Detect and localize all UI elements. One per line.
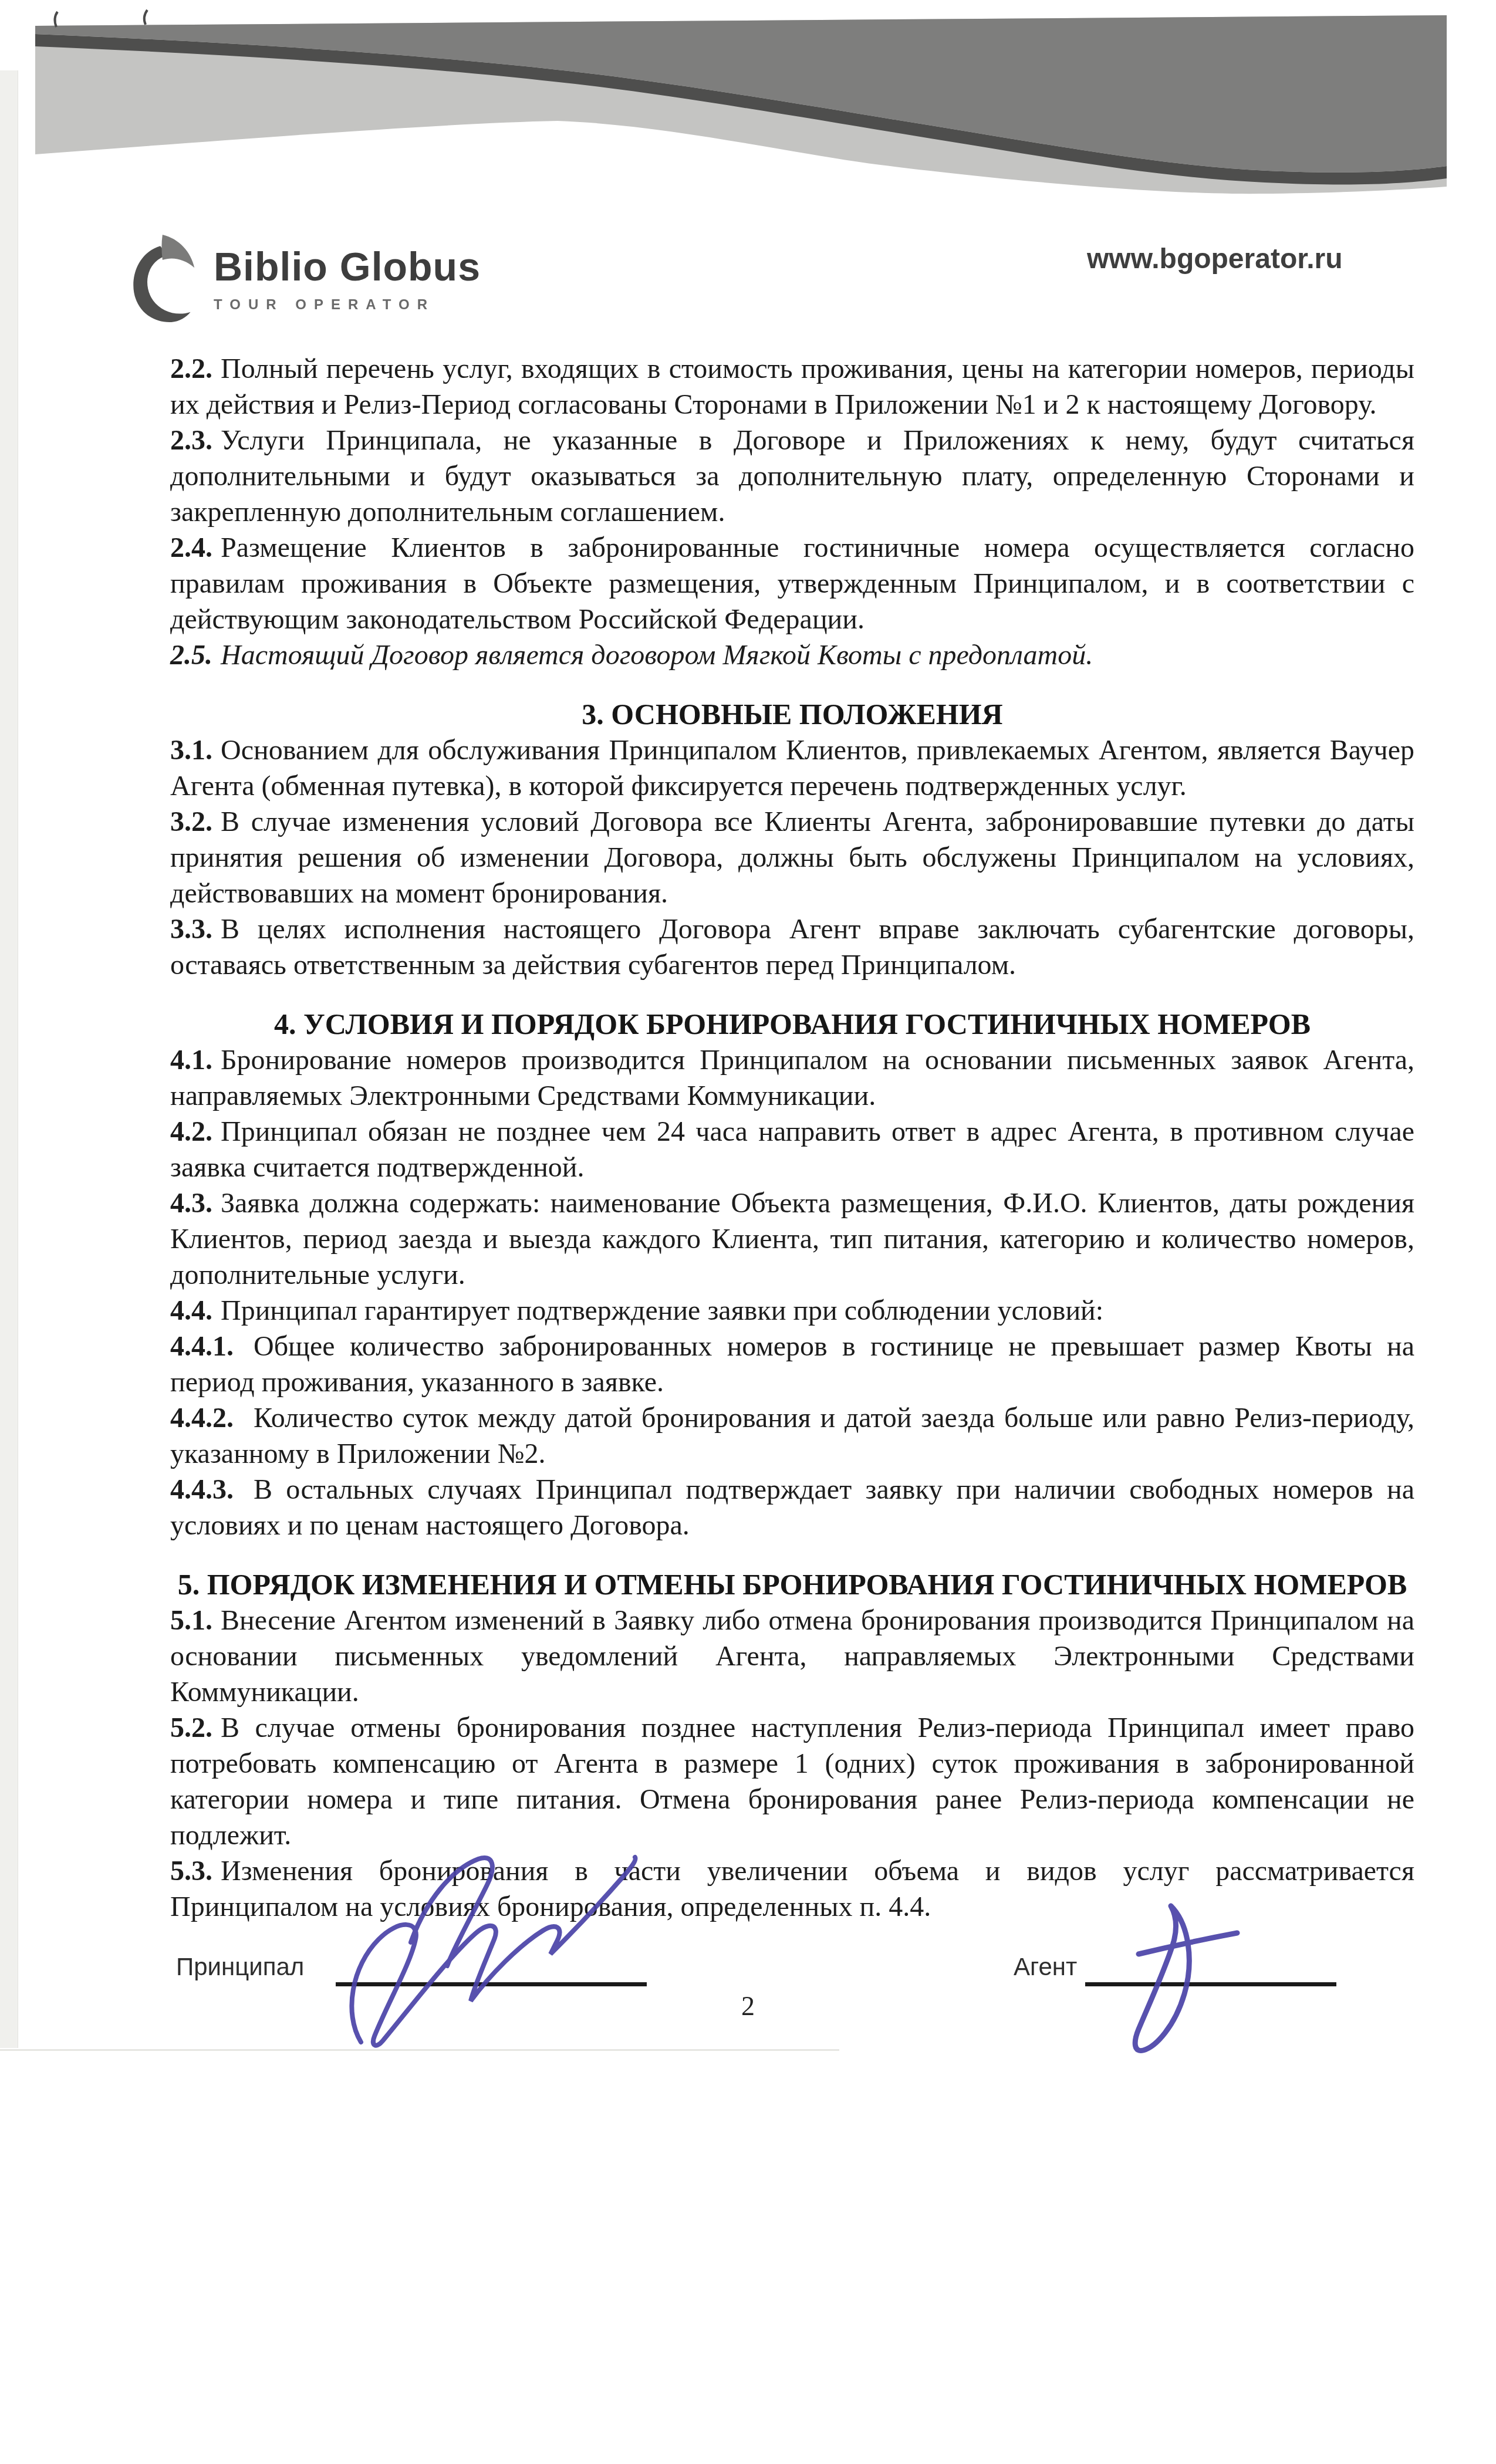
clause-number: 5.1. bbox=[170, 1605, 212, 1636]
clause-text: Принципал обязан не позднее чем 24 часа … bbox=[170, 1116, 1414, 1183]
clause-4-1: 4.1.Бронирование номеров производится Пр… bbox=[170, 1042, 1414, 1114]
clause-2-4: 2.4.Размещение Клиентов в забронированны… bbox=[170, 530, 1414, 637]
clause-text: В остальных случаях Принципал подтвержда… bbox=[170, 1474, 1414, 1541]
principal-label: Принципал bbox=[176, 1953, 304, 1981]
clause-number: 4.4. bbox=[170, 1295, 212, 1326]
clause-4-4: 4.4.Принципал гарантирует подтверждение … bbox=[170, 1293, 1414, 1329]
section-heading-3: 3. ОСНОВНЫЕ ПОЛОЖЕНИЯ bbox=[170, 697, 1414, 732]
clause-5-1: 5.1.Внесение Агентом изменений в Заявку … bbox=[170, 1603, 1414, 1710]
pen-mark bbox=[55, 12, 58, 27]
clause-3-3: 3.3.В целях исполнения настоящего Догово… bbox=[170, 911, 1414, 983]
section-heading-4: 4. УСЛОВИЯ И ПОРЯДОК БРОНИРОВАНИЯ ГОСТИН… bbox=[170, 1006, 1414, 1042]
clause-text: В случае изменения условий Договора все … bbox=[170, 806, 1414, 909]
clause-text: Настоящий Договор является договором Мяг… bbox=[221, 640, 1093, 671]
clause-4-4-1: 4.4.1.Общее количество забронированных н… bbox=[170, 1329, 1414, 1400]
logo-icon bbox=[124, 228, 197, 329]
clause-text: В случае отмены бронирования позднее нас… bbox=[170, 1712, 1414, 1851]
clause-number: 3.1. bbox=[170, 735, 212, 766]
clause-3-2: 3.2.В случае изменения условий Договора … bbox=[170, 804, 1414, 911]
clause-text: В целях исполнения настоящего Договора А… bbox=[170, 914, 1414, 981]
clause-2-3: 2.3.Услуги Принципала, не указанные в До… bbox=[170, 423, 1414, 530]
clause-2-2: 2.2.Полный перечень услуг, входящих в ст… bbox=[170, 351, 1414, 423]
document-page: Biblio Globus TOUR OPERATOR www.bgoperat… bbox=[0, 0, 1496, 2464]
clause-number: 2.2. bbox=[170, 353, 212, 384]
clause-5-2: 5.2.В случае отмены бронирования позднее… bbox=[170, 1710, 1414, 1853]
clause-number: 5.2. bbox=[170, 1712, 212, 1743]
agent-signature bbox=[1051, 1895, 1356, 2054]
scan-edge bbox=[0, 70, 18, 2048]
clause-text: Количество суток между датой бронировани… bbox=[170, 1402, 1414, 1469]
clause-number: 4.2. bbox=[170, 1116, 212, 1147]
clause-text: Услуги Принципала, не указанные в Догово… bbox=[170, 425, 1414, 528]
clause-number: 2.3. bbox=[170, 425, 212, 456]
clause-number: 4.1. bbox=[170, 1045, 212, 1076]
clause-number: 4.4.2. bbox=[170, 1402, 234, 1434]
clause-number: 4.4.3. bbox=[170, 1474, 234, 1505]
clause-number: 2.4. bbox=[170, 532, 212, 563]
clause-text: Внесение Агентом изменений в Заявку либо… bbox=[170, 1605, 1414, 1708]
clause-4-4-3: 4.4.3.В остальных случаях Принципал подт… bbox=[170, 1472, 1414, 1543]
scan-shadow-line bbox=[0, 2049, 839, 2051]
pen-mark bbox=[144, 10, 147, 25]
clause-text: Принципал гарантирует подтверждение заяв… bbox=[221, 1295, 1103, 1326]
clause-number: 3.2. bbox=[170, 806, 212, 837]
logo-brand: Biblio Globus bbox=[214, 244, 624, 290]
clause-number: 2.5. bbox=[170, 640, 212, 671]
contract-body: 2.2.Полный перечень услуг, входящих в ст… bbox=[170, 351, 1414, 1925]
clause-text: Бронирование номеров производится Принци… bbox=[170, 1045, 1414, 1111]
clause-text: Полный перечень услуг, входящих в стоимо… bbox=[170, 353, 1414, 420]
clause-4-2: 4.2.Принципал обязан не позднее чем 24 ч… bbox=[170, 1114, 1414, 1185]
clause-number: 4.3. bbox=[170, 1188, 212, 1219]
logo-subtitle: TOUR OPERATOR bbox=[214, 297, 624, 313]
clause-text: Общее количество забронированных номеров… bbox=[170, 1331, 1414, 1398]
header-wave-graphic bbox=[35, 0, 1447, 200]
website-url: www.bgoperator.ru bbox=[1087, 243, 1343, 275]
clause-4-4-2: 4.4.2.Количество суток между датой брони… bbox=[170, 1400, 1414, 1472]
principal-signature bbox=[317, 1843, 669, 2054]
clause-text: Основанием для обслуживания Принципалом … bbox=[170, 735, 1414, 802]
clause-number: 5.3. bbox=[170, 1855, 212, 1887]
clause-2-5: 2.5.Настоящий Договор является договором… bbox=[170, 637, 1414, 673]
section-heading-5: 5. ПОРЯДОК ИЗМЕНЕНИЯ И ОТМЕНЫ БРОНИРОВАН… bbox=[170, 1567, 1414, 1603]
clause-text: Заявка должна содержать: наименование Об… bbox=[170, 1188, 1414, 1290]
clause-text: Размещение Клиентов в забронированные го… bbox=[170, 532, 1414, 635]
page-number: 2 bbox=[0, 1990, 1496, 2022]
clause-4-3: 4.3.Заявка должна содержать: наименовани… bbox=[170, 1185, 1414, 1293]
clause-3-1: 3.1.Основанием для обслуживания Принципа… bbox=[170, 732, 1414, 804]
clause-number: 3.3. bbox=[170, 914, 212, 945]
clause-number: 4.4.1. bbox=[170, 1331, 234, 1362]
